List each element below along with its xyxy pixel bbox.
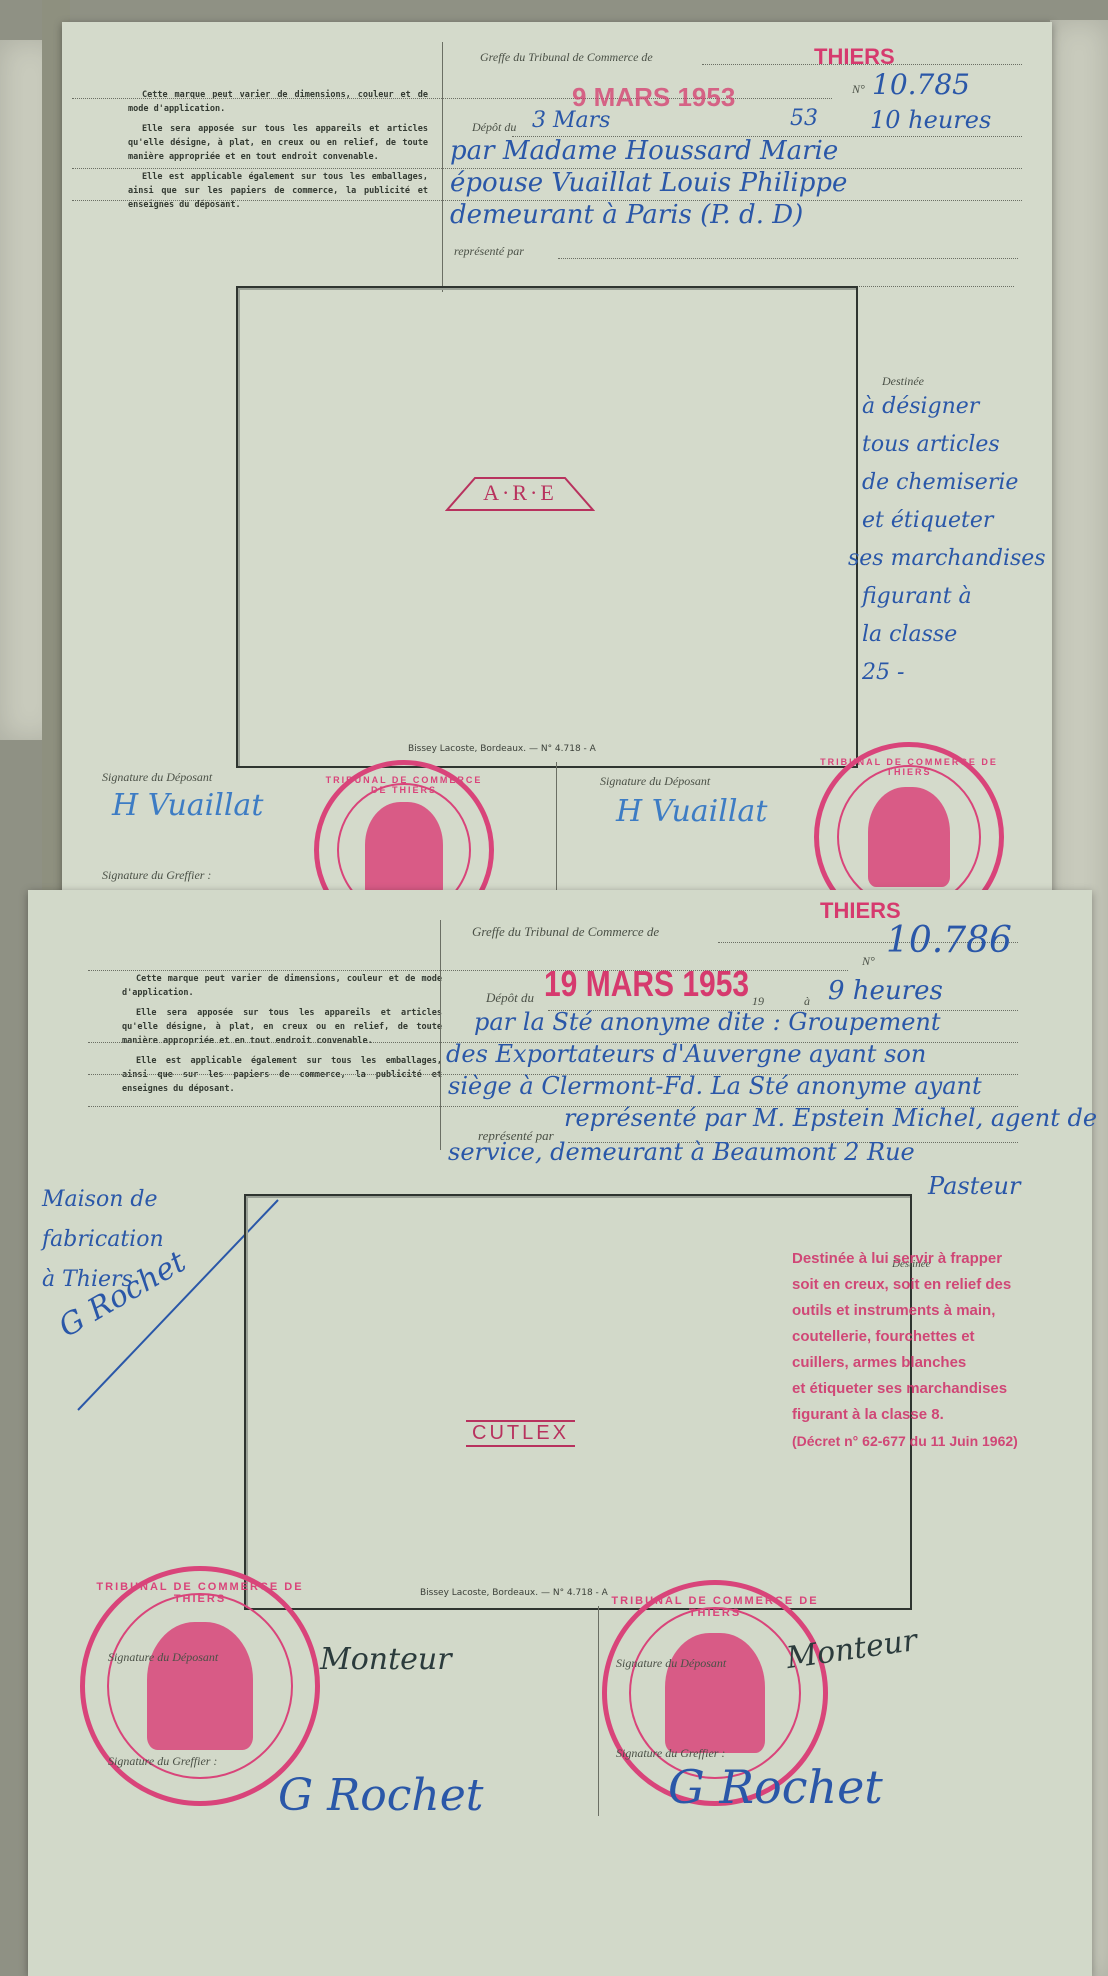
deposant-line-3: demeurant à Paris (P. d. D)	[450, 200, 803, 230]
depot-hour: 10 heures	[870, 106, 991, 134]
destinee-stamp-line: et étiqueter ses marchandises	[792, 1376, 1018, 1402]
at-label: à	[804, 994, 810, 1009]
seal-figure-icon	[365, 802, 443, 897]
mark-box	[236, 286, 858, 768]
depot-label: Dépôt du	[486, 990, 534, 1006]
destinee-line: la classe	[862, 616, 1046, 654]
deposant-line-3: siège à Clermont-Fd. La Sté anonyme ayan…	[448, 1072, 982, 1100]
deposant-line-6: Pasteur	[928, 1172, 1020, 1200]
destinee-line: à désigner	[862, 388, 1046, 426]
seal-text: TRIBUNAL DE COMMERCE DE THIERS	[319, 775, 489, 795]
destinee-stamp-line: cuillers, armes blanches	[792, 1350, 1018, 1376]
numero-label: N°	[862, 954, 875, 969]
date-stamp: 19 MARS 1953	[544, 965, 749, 1006]
destinee-stamp-line: coutellerie, fourchettes et	[792, 1324, 1018, 1350]
form-1-sheet: Cette marque peut varier de dimensions, …	[62, 22, 1052, 962]
signature-deposant-right: H Vuaillat	[616, 794, 767, 829]
destinee-line: ses marchandises	[848, 540, 1046, 578]
notice-paragraph: Cette marque peut varier de dimensions, …	[122, 972, 442, 1000]
sig-greffier-label-right: Signature du Greffier :	[616, 1746, 725, 1761]
destinee-stamp-line: (Décret n° 62-677 du 11 Juin 1962)	[792, 1428, 1018, 1454]
seal-text: TRIBUNAL DE COMMERCE DE THIERS	[607, 1595, 823, 1619]
numero-label: N°	[852, 82, 865, 97]
notice-paragraph: Elle sera apposée sur tous les appareils…	[128, 122, 428, 164]
numero-value: 10.786	[886, 920, 1012, 961]
tribunal-stamp: THIERS	[814, 44, 895, 70]
notice-paragraph: Elle est applicable également sur tous l…	[128, 170, 428, 212]
deposant-line-1: par Madame Houssard Marie	[450, 136, 838, 166]
sig-deposant-label-left: Signature du Déposant	[102, 770, 212, 785]
form-2-notice: Cette marque peut varier de dimensions, …	[122, 972, 442, 1102]
sig-greffier-label-left: Signature du Greffier :	[108, 1754, 217, 1769]
depot-year: 53	[790, 106, 818, 131]
greffe-label: Greffe du Tribunal de Commerce de	[472, 924, 659, 940]
destinee-label: Destinée	[882, 374, 924, 389]
signature-greffier-right: G Rochet	[668, 1760, 883, 1814]
seal-text: TRIBUNAL DE COMMERCE DE THIERS	[85, 1581, 315, 1605]
deposant-line-2: épouse Vuaillat Louis Philippe	[450, 168, 847, 198]
destinee-line: figurant à	[862, 578, 1046, 616]
destinee-line: de chemiserie	[862, 464, 1046, 502]
deposant-line-4: représenté par M. Epstein Michel, agent …	[448, 1104, 1097, 1132]
notice-paragraph: Cette marque peut varier de dimensions, …	[128, 88, 428, 116]
depot-hour: 9 heures	[828, 976, 943, 1006]
destinee-stamp: Destinée à lui servir à frapper soit en …	[792, 1246, 1018, 1454]
destinee-stamp-line: outils et instruments à main,	[792, 1298, 1018, 1324]
destinee-line: tous articles	[862, 426, 1046, 464]
destinee-stamp-line: Destinée à lui servir à frapper	[792, 1246, 1018, 1272]
deposant-line-5: service, demeurant à Beaumont 2 Rue	[448, 1138, 915, 1166]
sig-greffier-label-left: Signature du Greffier :	[102, 868, 211, 883]
printer-info: Bissey Lacoste, Bordeaux. — N° 4.718 - A	[408, 744, 596, 754]
mark-cutlex: CUTLEX	[466, 1420, 575, 1447]
represente-line	[558, 258, 1018, 259]
seal-figure-icon	[147, 1622, 253, 1751]
deposant-line-1: par la Sté anonyme dite : Groupement	[474, 1008, 941, 1036]
represente-label: représenté par	[454, 244, 524, 259]
seal-figure-icon	[868, 787, 951, 888]
greffe-label: Greffe du Tribunal de Commerce de	[480, 50, 653, 65]
destinee-stamp-line: figurant à la classe 8.	[792, 1402, 1018, 1428]
depot-label: Dépôt du	[472, 120, 516, 135]
form-2-header-divider	[440, 920, 441, 1150]
depot-date-handwritten: 3 Mars	[532, 108, 610, 133]
form-2-sheet: Cette marque peut varier de dimensions, …	[28, 890, 1092, 1976]
destinee-line: et étiqueter	[862, 502, 1046, 540]
printer-info: Bissey Lacoste, Bordeaux. — N° 4.718 - A	[420, 1588, 608, 1598]
form-1-notice: Cette marque peut varier de dimensions, …	[128, 88, 428, 218]
sig-deposant-label-left: Signature du Déposant	[108, 1650, 218, 1665]
destinee-line: 25 -	[862, 654, 1046, 692]
notice-paragraph: Elle est applicable également sur tous l…	[122, 1054, 442, 1096]
signature-divider	[598, 1606, 599, 1816]
form-1-header-divider	[442, 42, 443, 292]
signature-deposant-left: H Vuaillat	[112, 788, 263, 823]
destinee-stamp-line: soit en creux, soit en relief des	[792, 1272, 1018, 1298]
sig-deposant-label-right: Signature du Déposant	[600, 774, 710, 789]
seal-figure-icon	[665, 1633, 764, 1754]
signature-deposant-left: Monteur	[320, 1642, 452, 1677]
year-label: 19	[752, 994, 764, 1009]
sig-deposant-label-right: Signature du Déposant	[616, 1656, 726, 1671]
mark-are-frame: A·R·E	[445, 476, 595, 512]
mark-are: A·R·E	[445, 480, 595, 506]
seal-text: TRIBUNAL DE COMMERCE DE THIERS	[819, 757, 999, 777]
deposant-line-2: des Exportateurs d'Auvergne ayant son	[446, 1040, 926, 1068]
destinee-handwritten: à désigner tous articles de chemiserie e…	[862, 388, 1046, 692]
signature-greffier-left: G Rochet	[278, 1770, 483, 1821]
numero-value: 10.785	[872, 68, 970, 101]
